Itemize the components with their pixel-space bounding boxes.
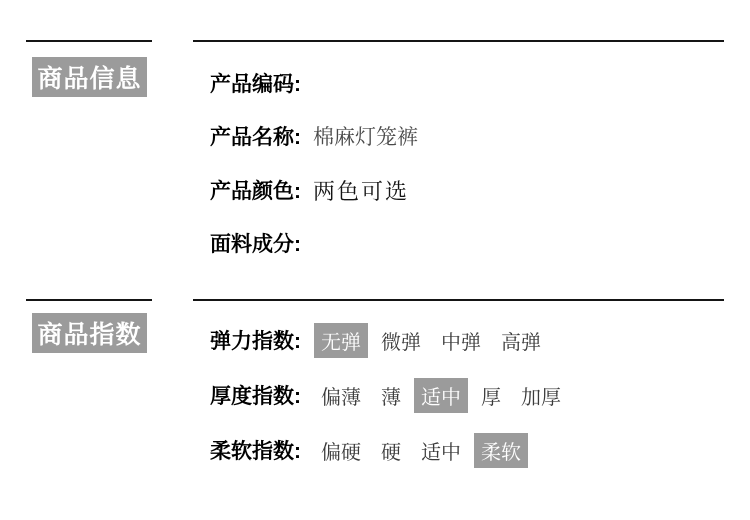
index-row-thickness: 厚度指数: 偏薄 薄 适中 厚 加厚: [210, 381, 561, 409]
thickness-option-selected: 适中: [414, 378, 468, 413]
softness-option-selected: 柔软: [474, 433, 528, 468]
index-row-softness: 柔软指数: 偏硬 硬 适中 柔软: [210, 436, 521, 464]
softness-index-label: 柔软指数:: [210, 435, 301, 465]
softness-option: 硬: [381, 436, 401, 465]
info-row-product-name: 产品名称: 棉麻灯笼裤: [210, 122, 418, 150]
info-row-fabric-composition: 面料成分:: [210, 229, 313, 257]
elasticity-option: 高弹: [501, 326, 541, 355]
elasticity-option: 中弹: [441, 326, 481, 355]
divider-line-left-bottom: [26, 299, 152, 301]
index-row-elasticity: 弹力指数: 无弹 微弹 中弹 高弹: [210, 326, 541, 354]
fabric-composition-label: 面料成分:: [210, 228, 301, 258]
thickness-option: 厚: [481, 381, 501, 410]
product-color-value: 两色可选: [313, 175, 409, 206]
thickness-option: 加厚: [521, 381, 561, 410]
divider-line-right-top: [193, 40, 724, 42]
section-title-product-info: 商品信息: [32, 57, 147, 97]
product-code-label: 产品编码:: [210, 68, 301, 98]
divider-line-left-top: [26, 40, 152, 42]
product-color-label: 产品颜色:: [210, 175, 301, 205]
info-row-product-code: 产品编码:: [210, 69, 313, 97]
softness-option: 偏硬: [321, 436, 361, 465]
elasticity-option: 微弹: [381, 326, 421, 355]
info-row-product-color: 产品颜色: 两色可选: [210, 176, 409, 204]
thickness-option: 偏薄: [321, 381, 361, 410]
product-name-label: 产品名称:: [210, 121, 301, 151]
elasticity-option-selected: 无弹: [314, 323, 368, 358]
elasticity-index-label: 弹力指数:: [210, 325, 301, 355]
divider-line-right-bottom: [193, 299, 724, 301]
softness-option: 适中: [421, 436, 461, 465]
product-name-value: 棉麻灯笼裤: [313, 121, 418, 151]
thickness-index-label: 厚度指数:: [210, 380, 301, 410]
section-title-product-index: 商品指数: [32, 313, 147, 353]
thickness-option: 薄: [381, 381, 401, 410]
